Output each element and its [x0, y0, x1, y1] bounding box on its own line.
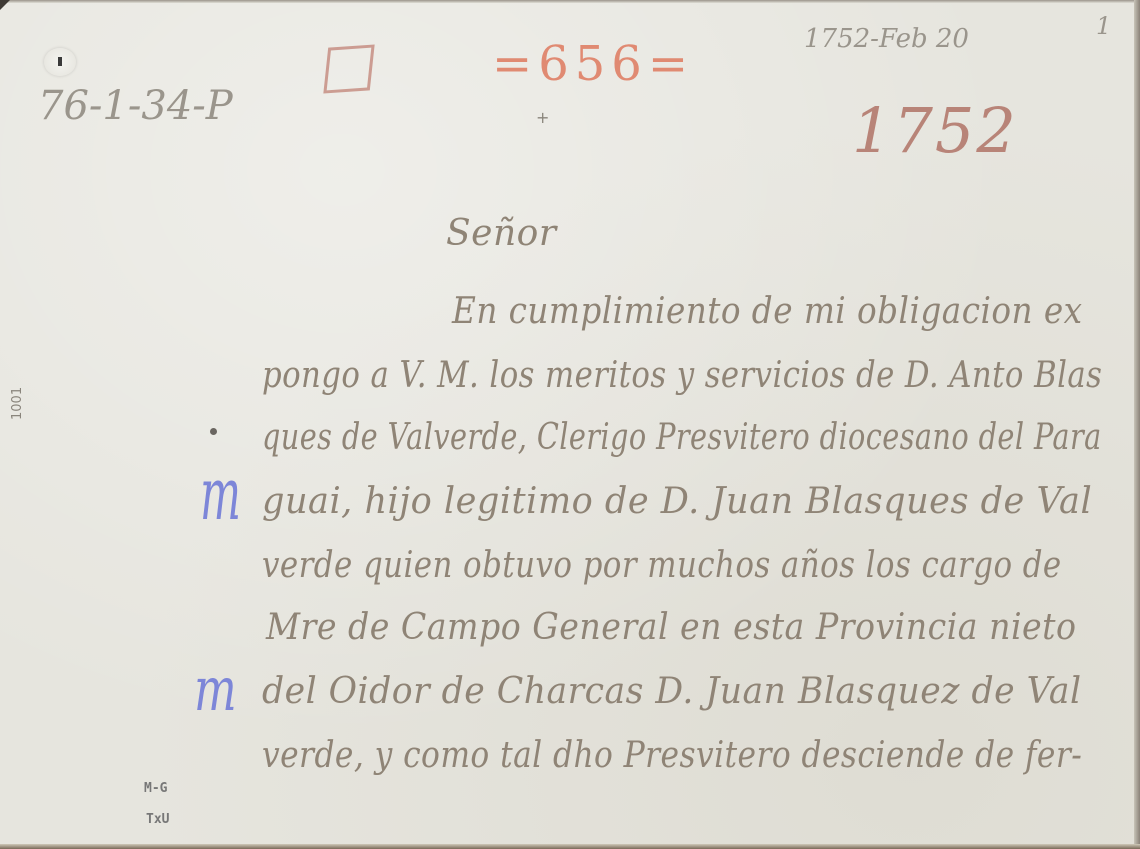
page-edge-right — [1134, 0, 1140, 849]
red-reference-number: =656= — [492, 40, 694, 88]
side-number: 1001 — [10, 387, 25, 420]
catalog-code: 76-1-34-P — [38, 86, 233, 126]
punch-hole-icon — [44, 48, 76, 76]
blue-mark-1: m — [200, 458, 241, 530]
text-line-2: pongo a V. M. los meritos y servicios de… — [262, 358, 1102, 394]
red-square-mark-icon — [323, 44, 374, 93]
salutation: Señor — [446, 216, 557, 252]
text-line-5: verde quien obtuvo por muchos años los c… — [262, 548, 1062, 584]
year-annotation: 1752 — [852, 100, 1018, 162]
page-edge-bottom — [0, 844, 1140, 849]
blue-mark-2: m — [194, 660, 237, 720]
text-line-3: ques de Valverde, Clerigo Presvitero dio… — [262, 420, 1102, 456]
page-corner — [0, 0, 10, 10]
text-line-6: Mre de Campo General en esta Provincia n… — [266, 610, 1076, 646]
typed-code-1: M-G — [144, 781, 167, 796]
text-line-7: del Oidor de Charcas D. Juan Blasquez de… — [262, 674, 1082, 710]
text-line-4: guai, hijo legitimo de D. Juan Blasques … — [262, 484, 1092, 520]
date-annotation: 1752-Feb 20 — [804, 26, 969, 52]
page-number: 1 — [1096, 14, 1111, 38]
typed-code-2: TxU — [146, 812, 169, 827]
document-page: 76-1-34-P =656= 1752-Feb 20 1 + 1752 100… — [0, 0, 1140, 849]
ink-dot — [210, 428, 217, 435]
page-edge-top — [0, 0, 1140, 3]
text-line-8: verde, y como tal dho Presvitero descien… — [262, 738, 1082, 774]
text-line-1: En cumplimiento de mi obligacion ex — [452, 294, 1083, 330]
cross-mark: + — [536, 108, 549, 127]
